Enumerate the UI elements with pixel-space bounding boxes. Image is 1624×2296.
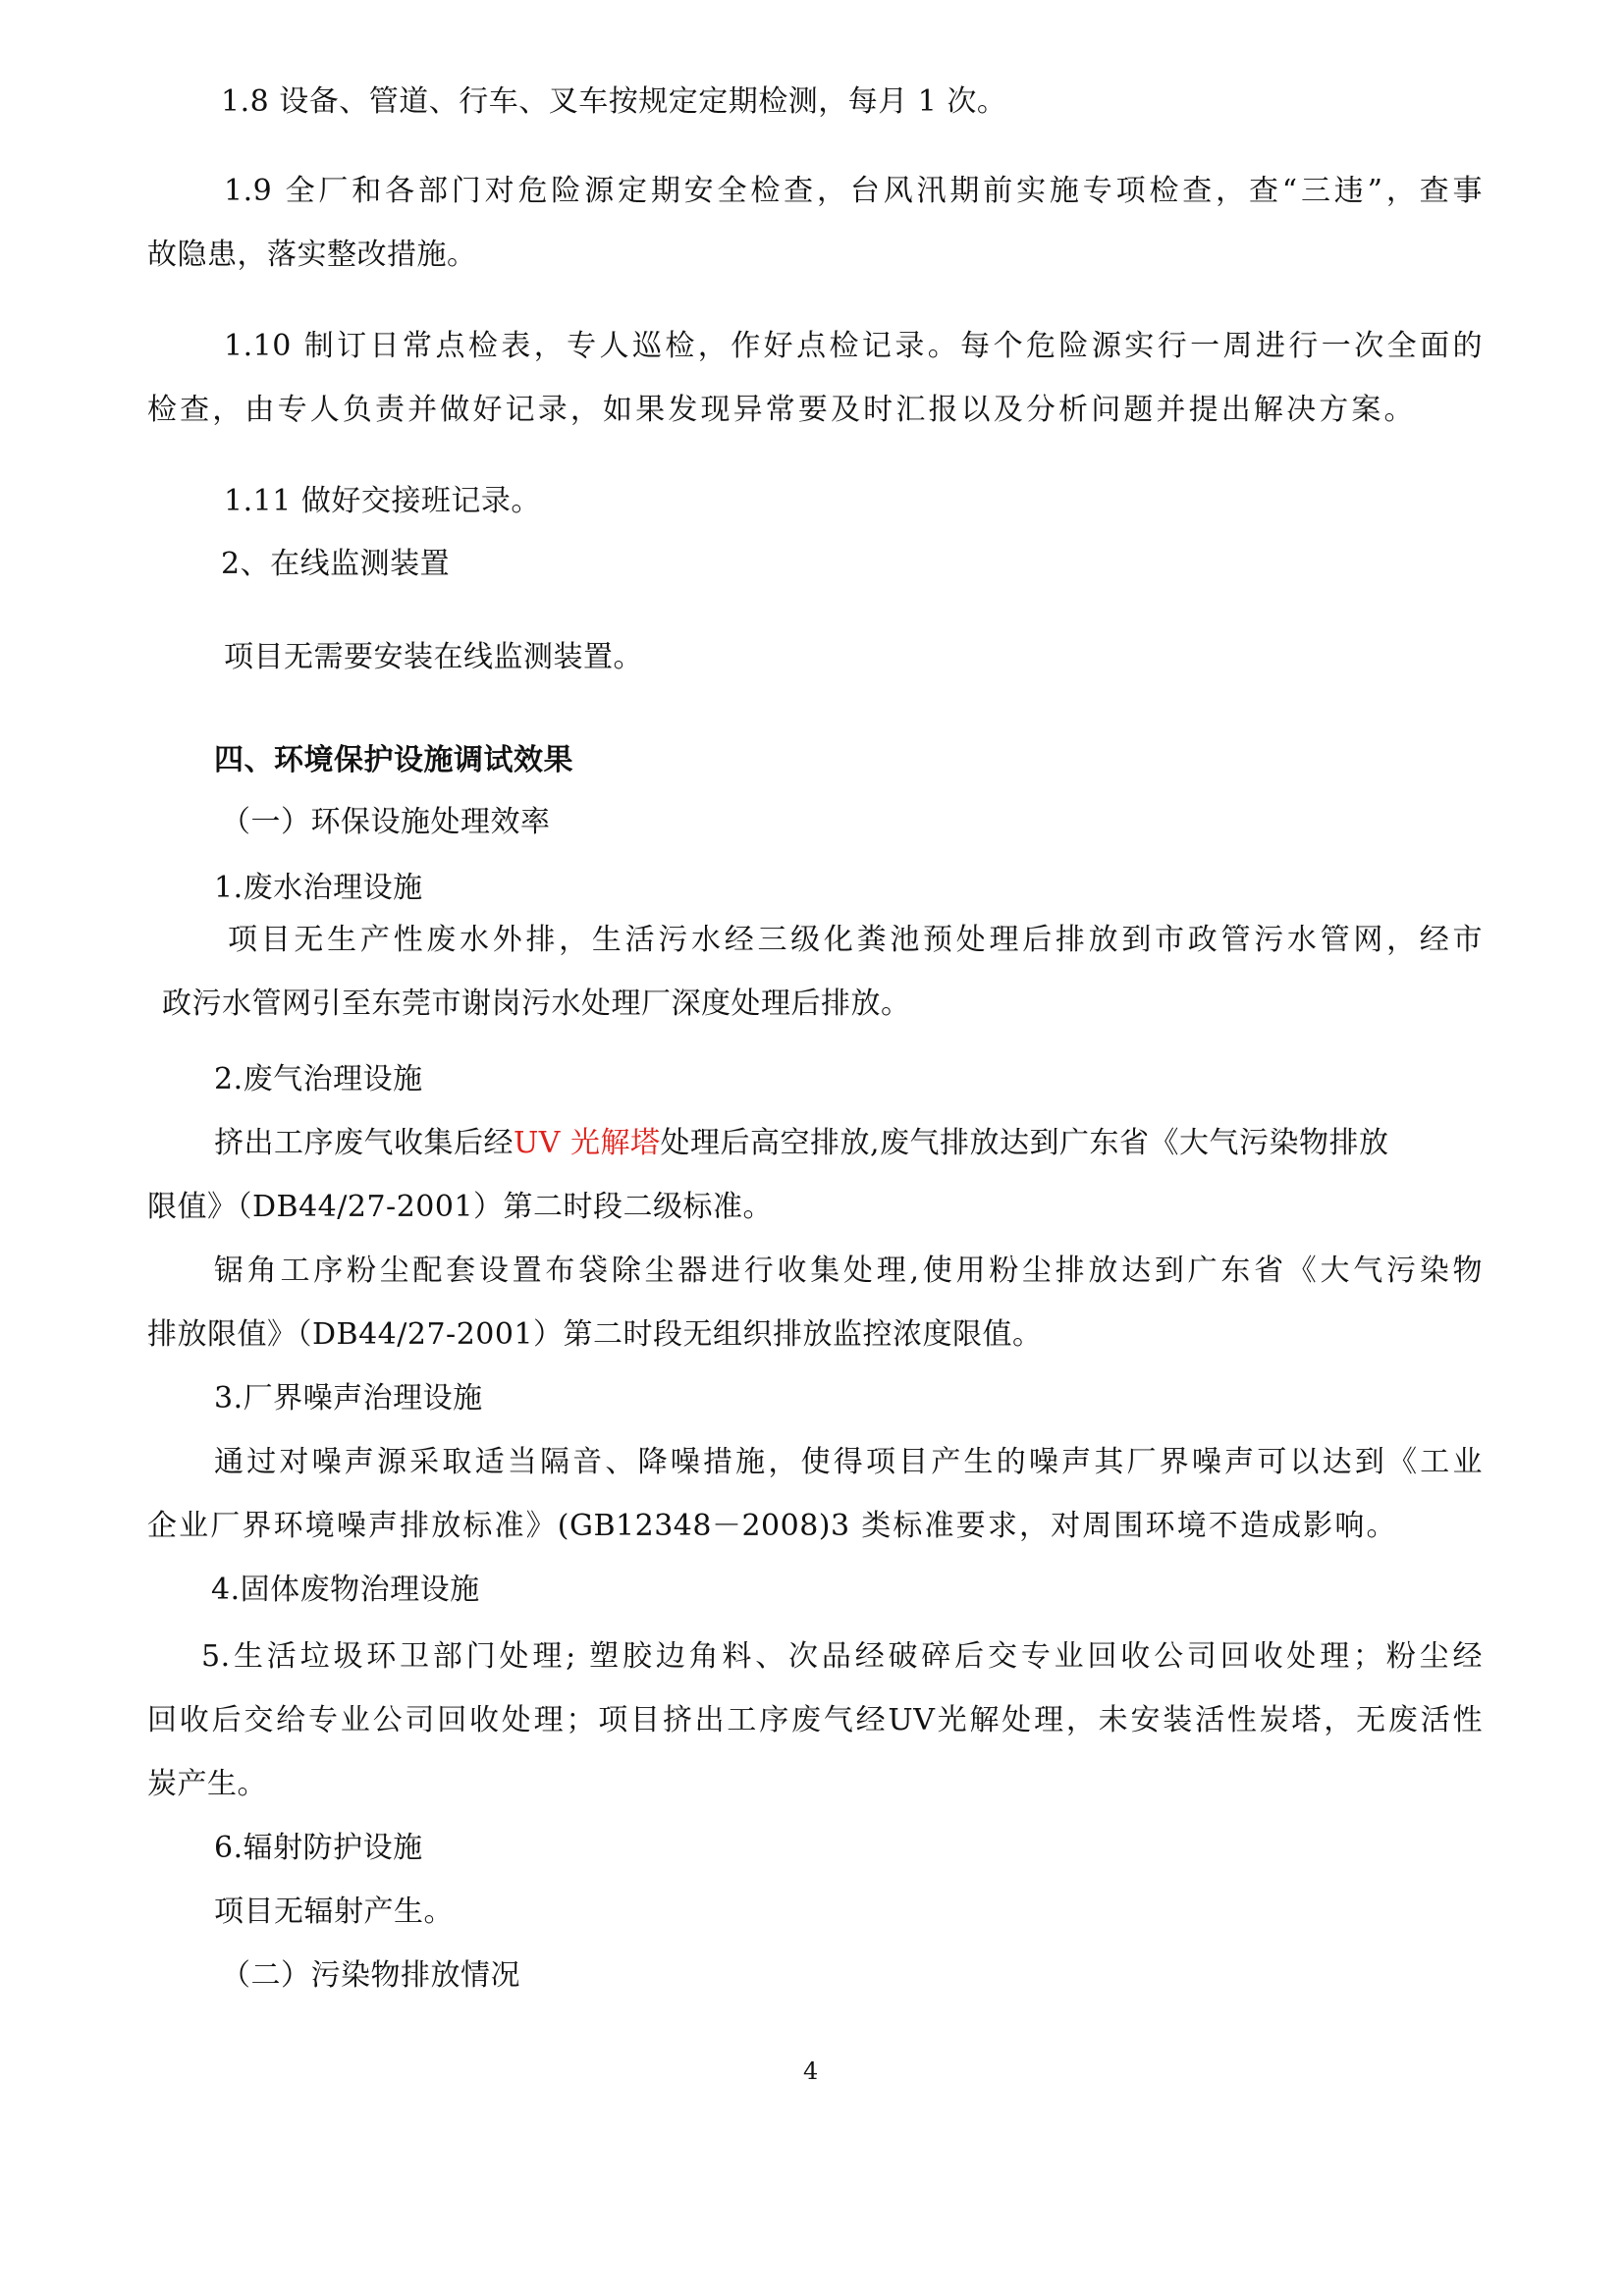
paragraph-waste-gas-line2: 限值》（DB44/27-2001）第二时段二级标准。 xyxy=(147,1188,773,1227)
paragraph-solid-waste-line1: 5.生活垃圾环卫部门处理; 塑胶边角料、次品经破碎后交专业回收公司回收处理；粉尘… xyxy=(201,1637,1483,1677)
paragraph-1-8: 1.8 设备、管道、行车、叉车按规定定期检测，每月 1 次。 xyxy=(221,82,1006,122)
paragraph-radiation: 项目无辐射产生。 xyxy=(214,1893,454,1932)
section-online-monitoring: 2、在线监测装置 xyxy=(221,545,450,584)
text-segment: 处理后高空排放,废气排放达到广东省《大气污染物排放 xyxy=(660,1126,1388,1160)
text-segment: 挤出工序废气收集后经 xyxy=(214,1126,514,1160)
paragraph-solid-waste-line2: 回收后交给专业公司回收处理；项目挤出工序废气经UV光解处理，未安装活性炭塔，无废… xyxy=(147,1701,1483,1740)
paragraph-1-9-line2: 故隐患，落实整改措施。 xyxy=(147,236,477,275)
paragraph-dust-line1: 锯角工序粉尘配套设置布袋除尘器进行收集处理,使用粉尘排放达到广东省《大气污染物 xyxy=(214,1252,1483,1291)
paragraph-solid-waste-line3: 炭产生。 xyxy=(147,1765,267,1804)
paragraph-1-11: 1.11 做好交接班记录。 xyxy=(224,482,541,521)
subheading-treatment-efficiency: （一）环保设施处理效率 xyxy=(221,803,551,842)
paragraph-1-10-line2: 检查，由专人负责并做好记录，如果发现异常要及时汇报以及分析问题并提出解决方案。 xyxy=(147,391,1414,430)
heading-section-4: 四、环境保护设施调试效果 xyxy=(214,741,573,780)
paragraph-no-monitoring: 项目无需要安装在线监测装置。 xyxy=(224,638,643,677)
page-number: 4 xyxy=(803,2056,818,2086)
paragraph-1-9-line1: 1.9 全厂和各部门对危险源定期安全检查，台风汛期前实施专项检查，查“三违”，查… xyxy=(224,172,1483,211)
paragraph-waste-gas-line1: 挤出工序废气收集后经UV 光解塔处理后高空排放,废气排放达到广东省《大气污染物排… xyxy=(214,1124,1483,1163)
paragraph-dust-line2: 排放限值》（DB44/27-2001）第二时段无组织排放监控浓度限值。 xyxy=(147,1315,1043,1355)
heading-solid-waste: 4.固体废物治理设施 xyxy=(211,1571,480,1610)
subheading-pollutant-emissions: （二）污染物排放情况 xyxy=(221,1956,520,1996)
highlight-uv-tower: UV 光解塔 xyxy=(514,1126,660,1160)
paragraph-noise-line2: 企业厂界环境噪声排放标准》(GB12348－2008)3 类标准要求，对周围环境… xyxy=(147,1507,1396,1546)
paragraph-noise-line1: 通过对噪声源采取适当隔音、降噪措施，使得项目产生的噪声其厂界噪声可以达到《工业 xyxy=(214,1443,1483,1482)
heading-radiation: 6.辐射防护设施 xyxy=(214,1829,423,1868)
heading-waste-gas: 2.废气治理设施 xyxy=(214,1060,423,1099)
heading-noise: 3.厂界噪声治理设施 xyxy=(214,1379,483,1418)
paragraph-wastewater-line1: 项目无生产性废水外排，生活污水经三级化粪池预处理后排放到市政管污水管网，经市 xyxy=(228,921,1483,960)
paragraph-wastewater-line2: 政污水管网引至东莞市谢岗污水处理厂深度处理后排放。 xyxy=(162,985,911,1024)
heading-wastewater: 1.废水治理设施 xyxy=(214,869,423,908)
paragraph-1-10-line1: 1.10 制订日常点检表，专人巡检，作好点检记录。每个危险源实行一周进行一次全面… xyxy=(224,327,1483,366)
